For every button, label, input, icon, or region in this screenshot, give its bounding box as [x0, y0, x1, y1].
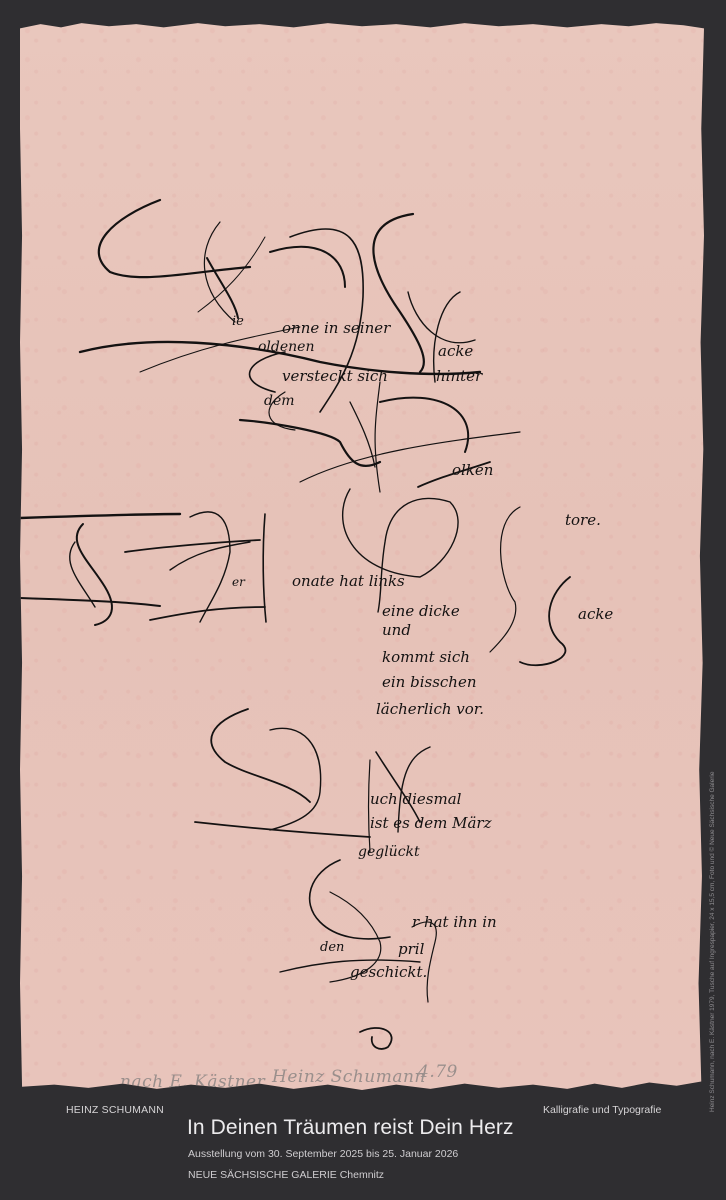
- exhibition-title: In Deinen Träumen reist Dein Herz: [187, 1116, 514, 1140]
- poem-line: oldenen: [258, 339, 314, 355]
- pencil-date: 4.79: [418, 1062, 458, 1082]
- calligraphy-artwork: ie onne in seiner oldenen acke versteckt…: [20, 22, 704, 1090]
- poem-line: hinter: [436, 367, 483, 385]
- poem-line: und: [382, 621, 411, 639]
- exhibition-dates: Ausstellung vom 30. September 2025 bis 2…: [188, 1148, 458, 1160]
- poem-line: olken: [452, 461, 493, 479]
- poem-line: onate hat links: [292, 572, 405, 590]
- poem-line: dem: [264, 393, 295, 409]
- poem-line: r hat ihn in: [412, 913, 497, 931]
- exhibition-subtitle: Kalligrafie und Typografie: [543, 1104, 661, 1116]
- poem-line: lächerlich vor.: [376, 700, 484, 718]
- poem-line: pril: [398, 940, 425, 958]
- exhibition-poster: ie onne in seiner oldenen acke versteckt…: [0, 0, 726, 1200]
- poem-line: ie: [232, 314, 244, 329]
- poem-line: acke: [438, 342, 473, 360]
- poem-line: acke: [578, 605, 613, 623]
- poem-line: ein bisschen: [382, 673, 477, 691]
- poem-text: ie onne in seiner oldenen acke versteckt…: [232, 314, 613, 981]
- poem-line: kommt sich: [382, 648, 470, 666]
- poem-line: geschickt.: [350, 963, 427, 981]
- pencil-note-after: nach E. Kästner: [120, 1072, 265, 1092]
- vertical-credit-caption: Heinz Schumann, nach E. Kästner 1979, Tu…: [709, 772, 716, 1112]
- poem-line: versteckt sich: [282, 367, 388, 385]
- poem-line: ist es dem März: [370, 814, 492, 832]
- exhibition-venue: NEUE SÄCHSISCHE GALERIE Chemnitz: [188, 1169, 384, 1181]
- poem-line: geglückt: [358, 844, 420, 860]
- poem-line: onne in seiner: [282, 319, 391, 337]
- poem-line: uch diesmal: [370, 790, 462, 808]
- artist-name: HEINZ SCHUMANN: [66, 1104, 164, 1116]
- poem-line: tore.: [565, 511, 601, 529]
- poem-line: eine dicke: [382, 602, 460, 620]
- poem-line: den: [320, 940, 344, 955]
- poem-line: er: [232, 575, 246, 589]
- pencil-signature: Heinz Schumann: [272, 1067, 426, 1087]
- calligraphy-paper: ie onne in seiner oldenen acke versteckt…: [20, 22, 704, 1090]
